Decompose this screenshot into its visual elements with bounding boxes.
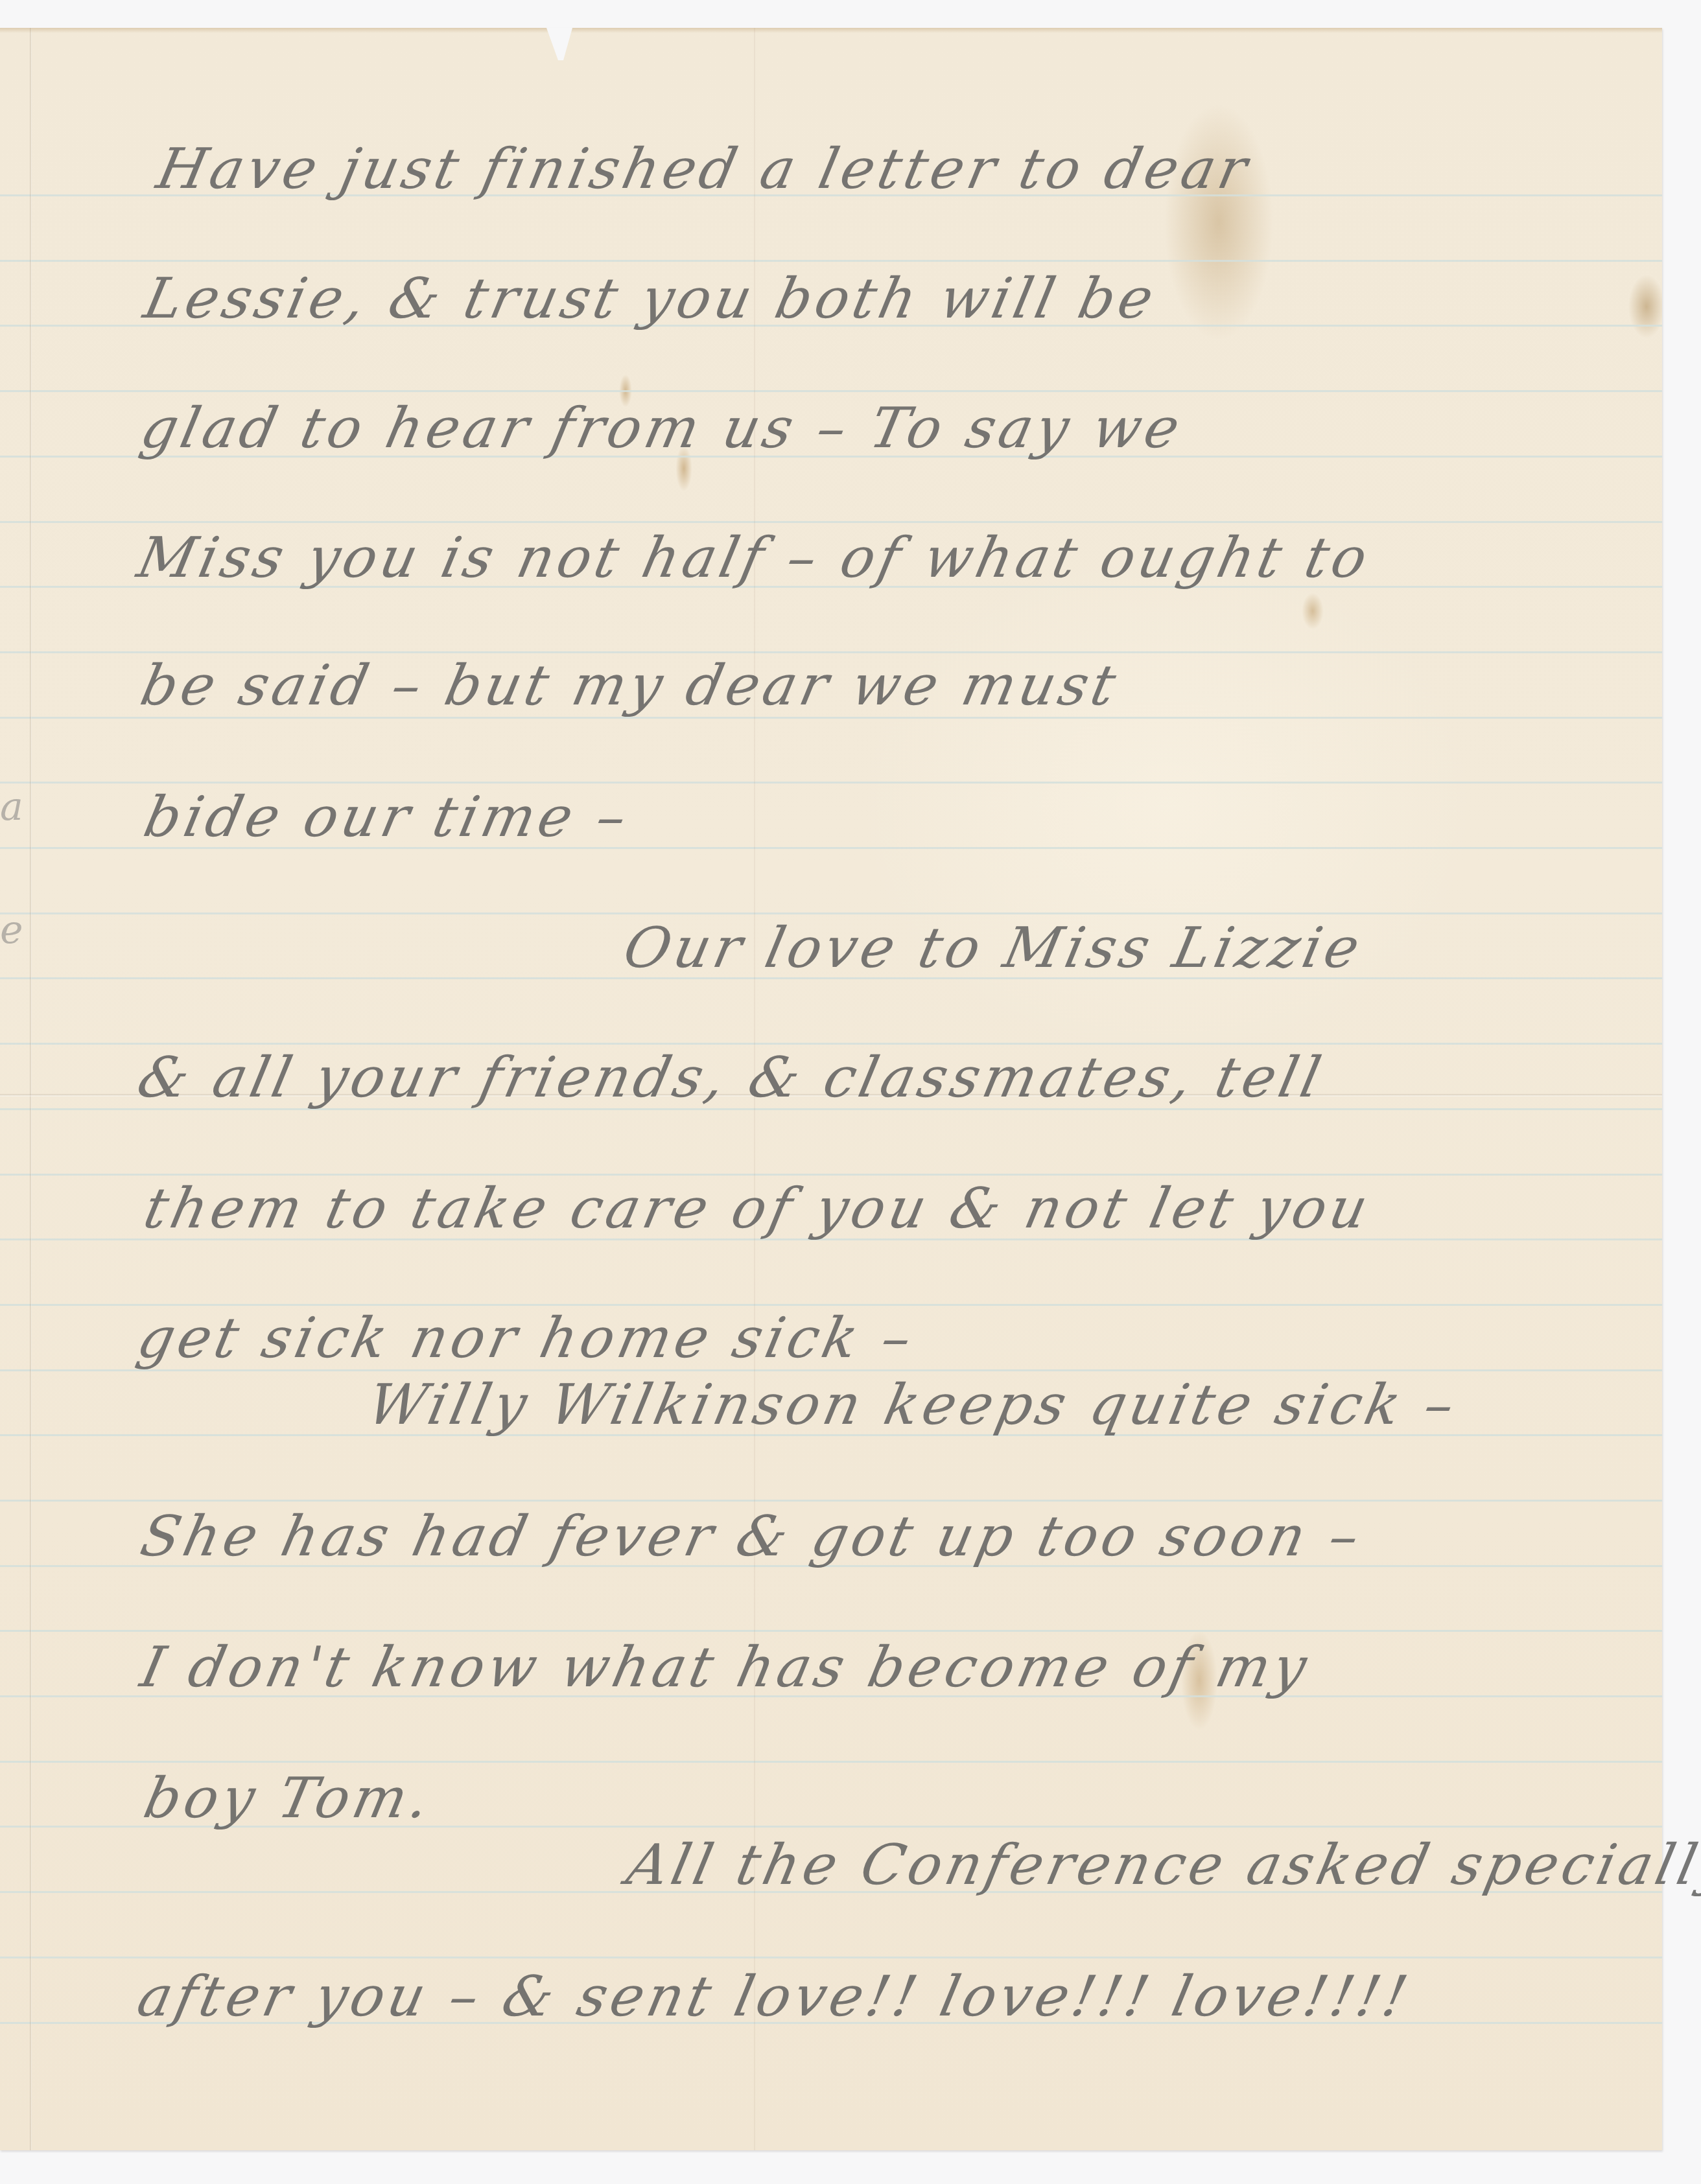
rule-line: [0, 390, 1662, 392]
rule-line: [0, 1043, 1662, 1045]
rule-line: [0, 1174, 1662, 1176]
letter-line-10: get sick nor home sick –: [133, 1310, 920, 1366]
rule-line: [0, 260, 1662, 262]
letter-line-16: after you – & sent love!! love!!! love!!…: [133, 1969, 1416, 2025]
rule-line: [0, 782, 1662, 784]
letter-line-9: them to take care of you & not let you: [139, 1181, 1376, 1237]
top-edge-stain: [0, 28, 1662, 33]
letter-line-11: Willy Wilkinson keeps quite sick –: [363, 1377, 1463, 1433]
rule-line: [0, 1761, 1662, 1763]
margin-fragment: a: [0, 784, 23, 830]
letter-line-14: boy Tom.: [139, 1771, 438, 1826]
rule-line: [0, 1500, 1662, 1502]
letter-line-6: bide our time –: [139, 789, 635, 845]
letter-line-5: be said – but my dear we must: [136, 658, 1124, 714]
letter-line-7: Our love to Miss Lizzie: [619, 920, 1368, 976]
letter-line-3: glad to hear from us – To say we: [136, 401, 1188, 456]
margin-fragment: e: [0, 907, 23, 953]
letter-line-15: All the Conference asked specially: [622, 1837, 1701, 1893]
rule-line: [0, 1630, 1662, 1632]
letter-line-12: She has had fever & got up too soon –: [136, 1509, 1368, 1564]
letter-line-8: & all your friends, & classmates, tell: [133, 1050, 1329, 1106]
rule-line: [0, 1957, 1662, 1958]
rule-line: [0, 521, 1662, 523]
vertical-fold-crease: [30, 28, 32, 2150]
letter-line-13: I don't know what has become of my: [136, 1640, 1315, 1695]
letter-line-4: Miss you is not half – of what ought to: [133, 530, 1376, 586]
rule-line: [0, 912, 1662, 914]
letter-line-2: Lessie, & trust you both will be: [139, 271, 1162, 327]
letter-line-1: Have just finished a letter to dear: [152, 141, 1256, 197]
